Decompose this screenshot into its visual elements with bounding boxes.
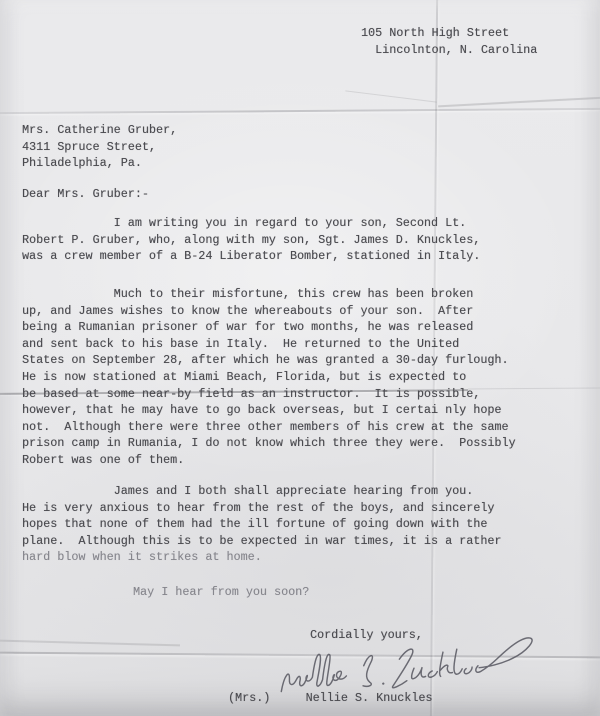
recipient-address-block: Mrs. Catherine Gruber, 4311 Spruce Stree… — [22, 122, 177, 172]
crease-diagonal-bottom-left — [0, 640, 180, 646]
body-paragraph-2: Much to their misfortune, this crew has … — [22, 286, 516, 469]
body-paragraph-3: James and I both shall appreciate hearin… — [22, 483, 501, 549]
typed-signature-line: (Mrs.) Nellie S. Knuckles — [228, 690, 432, 707]
crease-diagonal-top-center — [345, 90, 436, 102]
closing-question: May I hear from you soon? — [133, 584, 309, 601]
return-address-block: 105 North High Street Lincolnton, N. Car… — [361, 25, 537, 58]
crease-horizontal-bottom — [0, 652, 600, 659]
letter-sheet: 105 North High Street Lincolnton, N. Car… — [0, 0, 600, 716]
body-paragraph-1: I am writing you in regard to your son, … — [22, 215, 480, 265]
complimentary-close: Cordially yours, — [310, 627, 423, 644]
crease-diagonal-top-right — [438, 97, 600, 107]
crease-horizontal-top — [0, 108, 600, 114]
salutation: Dear Mrs. Gruber:- — [22, 186, 149, 203]
body-paragraph-3-last-line: hard blow when it strikes at home. — [22, 549, 262, 566]
